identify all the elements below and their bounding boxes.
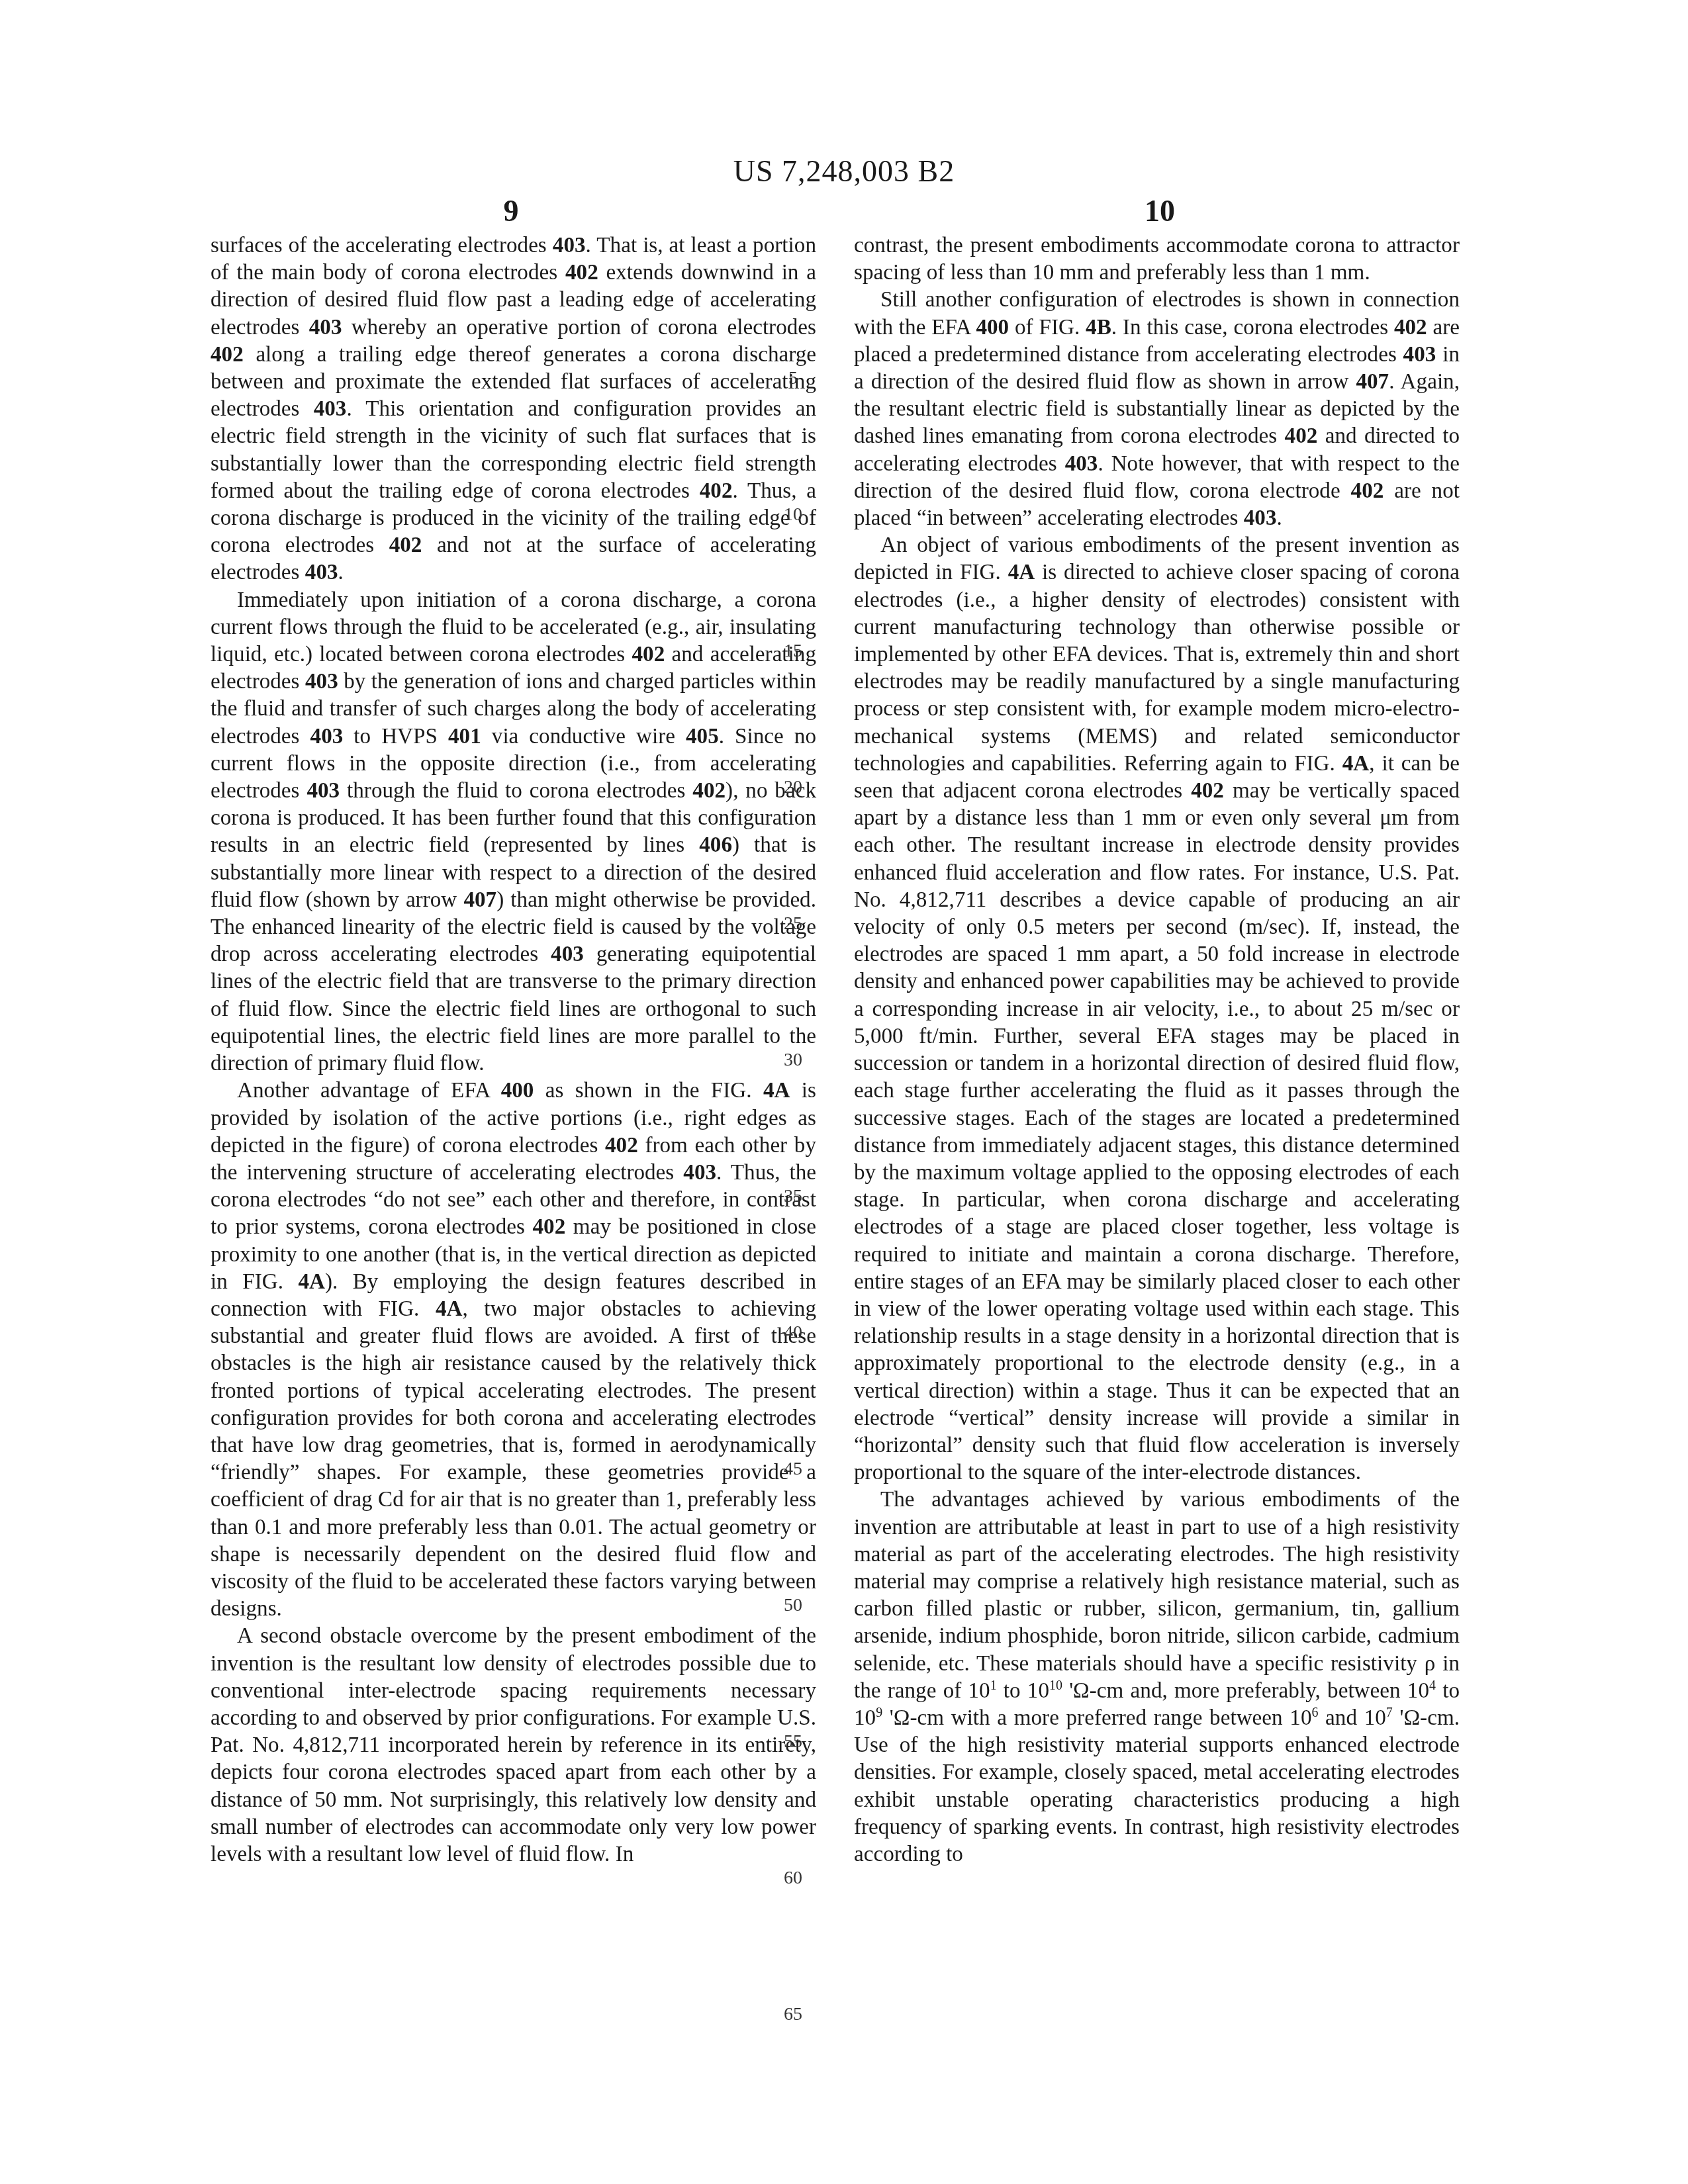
line-number: 55 — [780, 1731, 806, 1752]
reference-numeral: 4B — [1086, 315, 1111, 340]
reference-numeral: 406 — [699, 833, 732, 857]
reference-numeral: 402 — [692, 778, 726, 803]
line-number: 10 — [780, 504, 806, 525]
line-number: 15 — [780, 641, 806, 662]
reference-numeral: 403 — [310, 724, 344, 749]
reference-numeral: 402 — [533, 1214, 566, 1239]
reference-numeral: 403 — [1403, 342, 1436, 367]
reference-numeral: 403 — [305, 560, 338, 584]
right-text-column: contrast, the present embodiments accomm… — [854, 232, 1460, 1868]
reference-numeral: 403 — [551, 942, 584, 966]
reference-numeral: 402 — [700, 478, 733, 503]
paragraph: A second obstacle overcome by the presen… — [211, 1622, 816, 1868]
line-number: 25 — [780, 913, 806, 934]
superscript-exponent: 1 — [990, 1678, 997, 1693]
reference-numeral: 405 — [686, 724, 719, 749]
reference-numeral: 403 — [683, 1160, 716, 1185]
line-number: 30 — [780, 1050, 806, 1071]
line-number: 60 — [780, 1868, 806, 1889]
superscript-exponent: 10 — [1049, 1678, 1062, 1693]
reference-numeral: 4A — [1342, 751, 1370, 776]
left-text-column: surfaces of the accelerating electrodes … — [211, 232, 816, 1868]
reference-numeral: 4A — [1008, 560, 1035, 584]
reference-numeral: 4A — [763, 1078, 790, 1103]
reference-numeral: 402 — [1191, 778, 1224, 803]
reference-numeral: 407 — [1356, 369, 1389, 394]
reference-numeral: 403 — [553, 233, 586, 257]
reference-numeral: 402 — [565, 260, 598, 285]
paragraph: surfaces of the accelerating electrodes … — [211, 232, 816, 586]
reference-numeral: 4A — [298, 1269, 325, 1294]
paragraph: Immediately upon initiation of a corona … — [211, 586, 816, 1077]
reference-numeral: 407 — [463, 887, 496, 912]
paragraph: Another advantage of EFA 400 as shown in… — [211, 1077, 816, 1622]
line-number: 65 — [780, 2004, 806, 2025]
paragraph: contrast, the present embodiments accomm… — [854, 232, 1460, 286]
reference-numeral: 402 — [389, 533, 422, 557]
line-number: 35 — [780, 1186, 806, 1207]
line-number: 20 — [780, 777, 806, 798]
line-number: 50 — [780, 1595, 806, 1616]
reference-numeral: 401 — [448, 724, 481, 749]
line-number: 5 — [780, 368, 806, 389]
reference-numeral: 4A — [436, 1297, 463, 1321]
reference-numeral: 400 — [501, 1078, 534, 1103]
reference-numeral: 402 — [211, 342, 244, 367]
line-number: 45 — [780, 1459, 806, 1480]
superscript-exponent: 4 — [1429, 1678, 1436, 1693]
superscript-exponent: 7 — [1386, 1706, 1393, 1720]
reference-numeral: 400 — [976, 315, 1009, 340]
paragraph: An object of various embodiments of the … — [854, 531, 1460, 1486]
reference-numeral: 403 — [305, 669, 338, 694]
reference-numeral: 402 — [1285, 424, 1318, 448]
reference-numeral: 402 — [605, 1133, 638, 1158]
paragraph: The advantages achieved by various embod… — [854, 1486, 1460, 1868]
superscript-exponent: 6 — [1312, 1706, 1319, 1720]
reference-numeral: 403 — [1244, 506, 1277, 530]
reference-numeral: 403 — [309, 315, 342, 340]
paragraph: Still another configuration of electrode… — [854, 286, 1460, 531]
reference-numeral: 403 — [314, 396, 347, 421]
superscript-exponent: 9 — [876, 1706, 882, 1720]
line-number: 40 — [780, 1322, 806, 1343]
reference-numeral: 402 — [1351, 478, 1384, 503]
patent-number: US 7,248,003 B2 — [0, 154, 1688, 189]
column-number-left: 9 — [471, 193, 551, 228]
reference-numeral: 403 — [1065, 451, 1098, 476]
column-number-right: 10 — [1120, 193, 1199, 228]
reference-numeral: 402 — [632, 642, 665, 666]
reference-numeral: 402 — [1394, 315, 1427, 340]
reference-numeral: 403 — [306, 778, 340, 803]
